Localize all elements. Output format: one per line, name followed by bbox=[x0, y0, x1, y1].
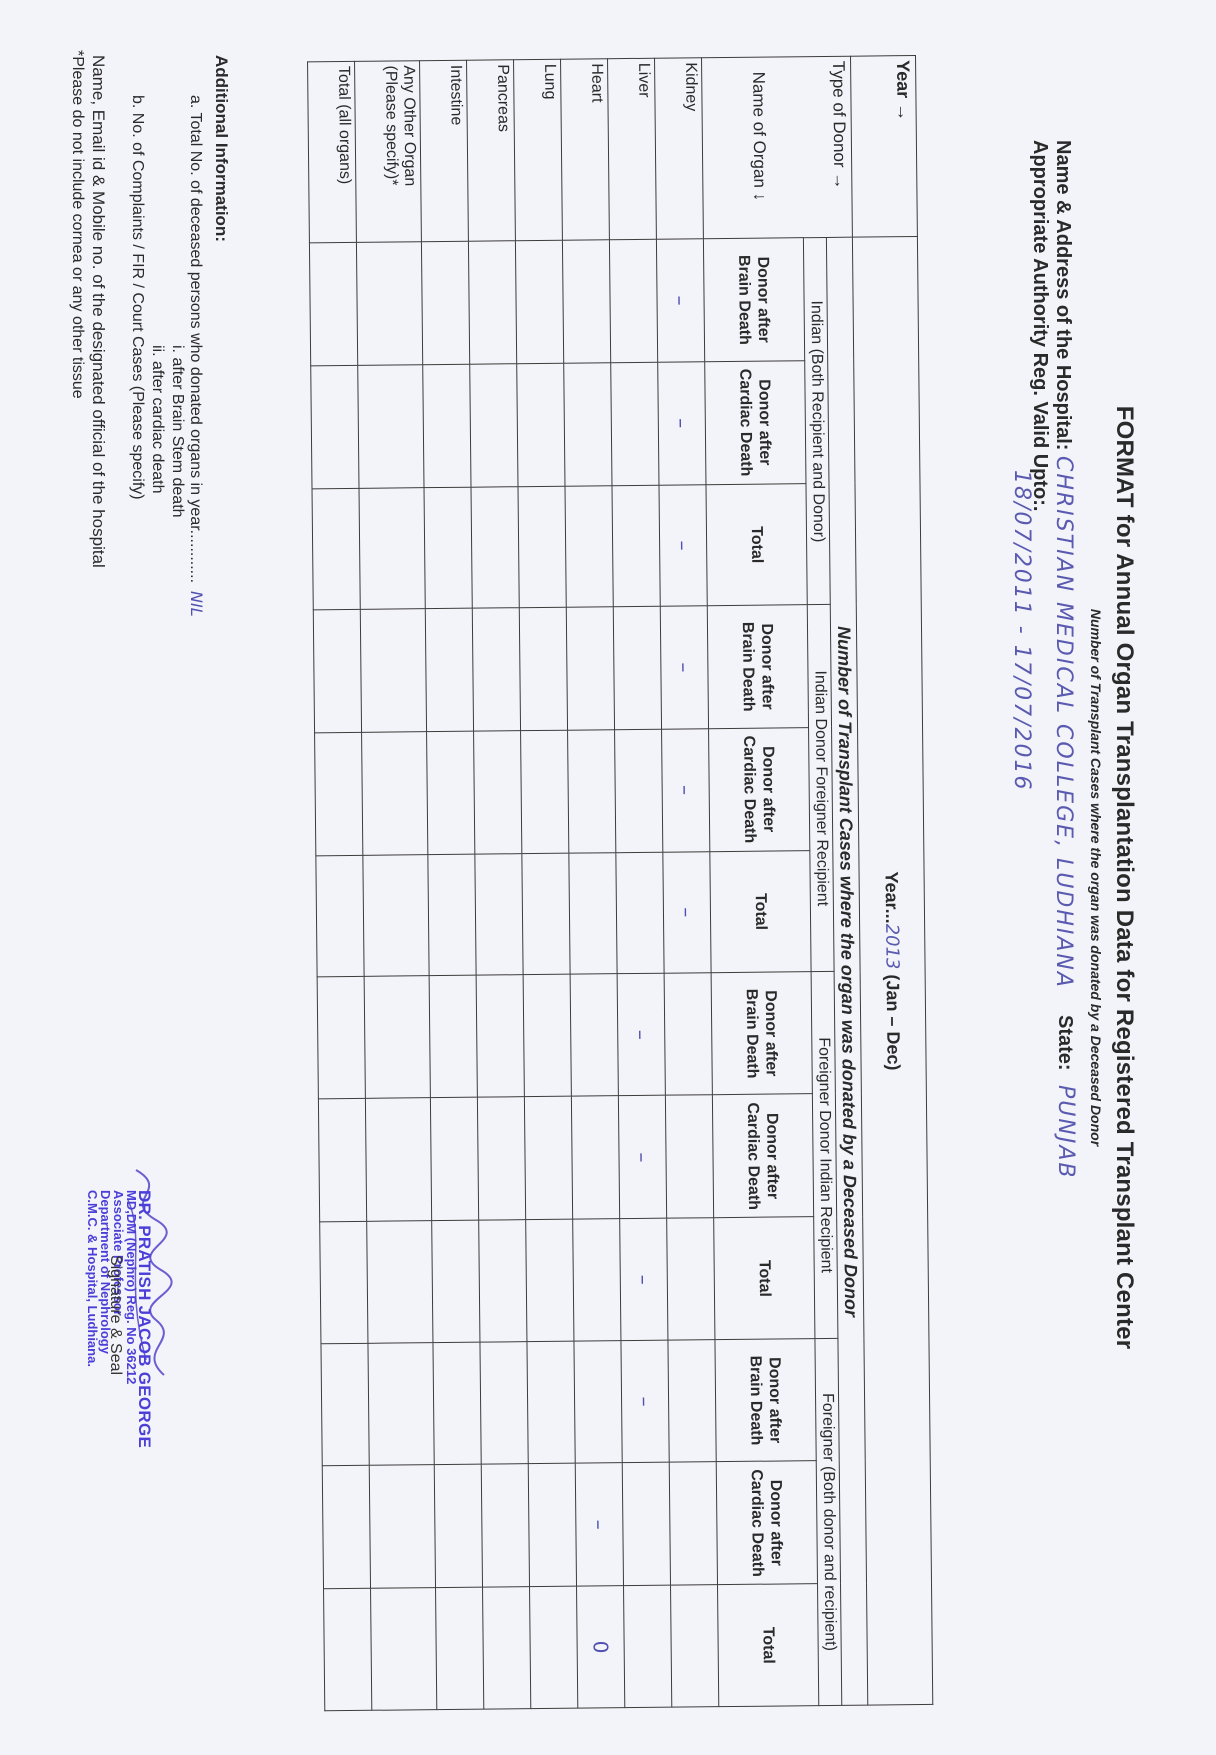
data-cell[interactable]: – bbox=[656, 239, 704, 362]
data-cell[interactable] bbox=[359, 487, 425, 609]
organ-name: Any Other Organ (Please specify)* bbox=[355, 61, 422, 243]
data-cell[interactable] bbox=[320, 1222, 368, 1344]
subcolumn-heading: Total bbox=[706, 483, 807, 606]
data-cell[interactable] bbox=[362, 731, 428, 855]
subcolumn-heading: Donor after Cardiac Death bbox=[705, 360, 806, 484]
data-cell[interactable] bbox=[611, 362, 659, 486]
subcolumn-heading: Donor after Brain Death bbox=[715, 1339, 816, 1462]
group-heading: Indian Donor Foreigner Recipient bbox=[807, 605, 834, 972]
data-cell[interactable] bbox=[368, 1343, 434, 1466]
data-cell[interactable] bbox=[519, 608, 567, 731]
document-page: FORMAT for Annual Organ Transplantation … bbox=[0, 0, 1216, 1755]
data-cell[interactable] bbox=[615, 729, 663, 853]
data-cell[interactable] bbox=[571, 1096, 619, 1220]
data-cell[interactable] bbox=[528, 1463, 576, 1587]
validity-label: Appropriate Authority Reg. Valid Upto:. bbox=[1028, 140, 1051, 511]
data-cell[interactable] bbox=[425, 609, 473, 732]
data-cell[interactable] bbox=[518, 486, 566, 608]
data-cell[interactable] bbox=[322, 1466, 370, 1590]
subcolumn-heading: Donor after Cardiac Death bbox=[709, 727, 810, 851]
data-cell[interactable] bbox=[324, 1589, 372, 1711]
data-cell[interactable] bbox=[436, 1587, 484, 1709]
data-cell[interactable]: – bbox=[659, 484, 707, 606]
organ-name: Total (all organs) bbox=[308, 61, 357, 243]
subcolumn-heading: Donor after Cardiac Death bbox=[716, 1461, 817, 1585]
data-cell[interactable]: – bbox=[662, 728, 710, 852]
data-cell[interactable] bbox=[424, 487, 472, 609]
form-subtitle: Number of Transplant Cases where the org… bbox=[1088, 0, 1104, 1755]
organ-name: Lung bbox=[514, 59, 563, 241]
data-cell[interactable] bbox=[321, 1343, 369, 1466]
handwritten-mark: – bbox=[669, 295, 693, 305]
data-cell[interactable] bbox=[367, 1221, 433, 1343]
organ-name: Pancreas bbox=[467, 60, 516, 242]
data-cell[interactable]: – bbox=[575, 1463, 623, 1587]
data-cell[interactable] bbox=[568, 729, 616, 853]
data-cell[interactable] bbox=[522, 853, 570, 975]
year-value: 2013 bbox=[882, 924, 903, 970]
data-cell[interactable] bbox=[318, 1099, 366, 1223]
data-cell[interactable] bbox=[481, 1464, 529, 1588]
data-cell[interactable] bbox=[574, 1341, 622, 1464]
name-of-organ-label: Name of Organ ↓ bbox=[748, 62, 770, 235]
year-label-cell: Year → bbox=[851, 56, 918, 238]
data-cell[interactable] bbox=[468, 241, 516, 364]
data-cell[interactable] bbox=[471, 486, 519, 608]
data-cell[interactable] bbox=[566, 607, 614, 730]
data-cell[interactable] bbox=[423, 364, 471, 488]
data-cell[interactable]: – bbox=[621, 1340, 669, 1463]
designated-official-line: Name, Email id & Mobile no. of the desig… bbox=[88, 55, 108, 568]
state-value: PUNJAB bbox=[1053, 1085, 1078, 1179]
data-cell[interactable] bbox=[317, 977, 365, 1100]
data-cell[interactable] bbox=[667, 1218, 715, 1340]
data-cell[interactable] bbox=[480, 1342, 528, 1465]
data-cell[interactable]: – bbox=[618, 1096, 666, 1220]
additional-info-heading: Additional Information: bbox=[211, 55, 231, 242]
additional-a-i: i. after Brain Stem death bbox=[168, 345, 186, 518]
data-cell[interactable]: 0 bbox=[577, 1586, 625, 1708]
additional-a-value: NIL bbox=[187, 591, 206, 617]
group-heading: Indian (Both Recipient and Donor) bbox=[803, 238, 830, 605]
data-cell[interactable] bbox=[521, 730, 569, 854]
hospital-value: CHRISTIAN MEDICAL COLLEGE, LUDHIANA bbox=[1051, 456, 1076, 989]
subcolumn-heading: Donor after Brain Death bbox=[707, 605, 808, 728]
handwritten-mark: – bbox=[671, 540, 695, 550]
hospital-line: Name & Address of the Hospital: CHRISTIA… bbox=[1051, 140, 1076, 989]
data-cell[interactable]: – bbox=[663, 851, 711, 973]
data-cell[interactable] bbox=[524, 1097, 572, 1221]
data-cell[interactable] bbox=[527, 1341, 575, 1464]
data-cell[interactable] bbox=[515, 241, 563, 364]
handwritten-mark: 0 bbox=[589, 1641, 613, 1654]
handwritten-mark: – bbox=[675, 907, 699, 917]
data-cell[interactable] bbox=[470, 363, 518, 487]
data-cell[interactable] bbox=[429, 975, 477, 1098]
data-cell[interactable] bbox=[570, 974, 618, 1097]
data-cell[interactable] bbox=[612, 485, 660, 607]
data-cell[interactable] bbox=[569, 852, 617, 974]
data-cell[interactable] bbox=[472, 608, 520, 731]
form-title: FORMAT for Annual Organ Transplantation … bbox=[1110, 0, 1138, 1755]
subcolumn-heading: Total bbox=[710, 850, 811, 973]
data-cell[interactable] bbox=[315, 732, 363, 856]
type-of-donor-label: Type of Donor → bbox=[828, 61, 850, 234]
data-cell[interactable] bbox=[479, 1220, 527, 1342]
data-cell[interactable] bbox=[530, 1586, 578, 1708]
data-cell[interactable] bbox=[369, 1465, 435, 1589]
group-heading: Foreigner (Both donor and recipient) bbox=[815, 1338, 842, 1705]
additional-a-ii: ii. after cardiac death bbox=[148, 345, 166, 494]
organ-name: Liver bbox=[608, 58, 657, 240]
data-cell[interactable] bbox=[421, 242, 469, 365]
data-cell[interactable] bbox=[573, 1219, 621, 1341]
data-cell[interactable] bbox=[622, 1462, 670, 1586]
data-cell[interactable] bbox=[356, 242, 422, 365]
data-cell[interactable] bbox=[371, 1588, 437, 1710]
data-cell[interactable] bbox=[316, 855, 364, 977]
signature-seal-label: Signature & Seal bbox=[106, 1255, 124, 1375]
data-cell[interactable]: – bbox=[660, 606, 708, 729]
data-cell[interactable] bbox=[432, 1221, 480, 1343]
data-cell[interactable] bbox=[526, 1220, 574, 1342]
handwritten-mark: – bbox=[587, 1520, 611, 1530]
data-cell[interactable] bbox=[363, 854, 429, 976]
handwritten-mark: – bbox=[630, 1152, 654, 1162]
footnote: *Please do not include cornea or any oth… bbox=[68, 50, 86, 399]
data-cell[interactable] bbox=[312, 488, 360, 610]
handwritten-mark: – bbox=[629, 1030, 653, 1040]
group-heading: Foreigner Donor Indian Recipient bbox=[811, 972, 838, 1339]
handwritten-mark: – bbox=[670, 418, 694, 428]
data-cell[interactable] bbox=[564, 362, 612, 486]
data-cell[interactable] bbox=[360, 609, 426, 732]
handwritten-mark: – bbox=[632, 1275, 656, 1285]
data-cell[interactable] bbox=[311, 365, 359, 489]
additional-b: b. No. of Complaints / FIR / Court Cases… bbox=[128, 95, 146, 500]
hospital-label: Name & Address of the Hospital: bbox=[1052, 140, 1074, 450]
validity-value: 18/07/2011 - 17/07/2016 bbox=[1009, 470, 1034, 792]
data-cell[interactable] bbox=[475, 853, 523, 975]
data-cell[interactable] bbox=[616, 852, 664, 974]
row-col-header: Type of Donor → Name of Organ ↓ bbox=[702, 56, 853, 239]
data-cell[interactable] bbox=[474, 730, 522, 854]
data-cell[interactable] bbox=[565, 485, 613, 607]
data-cell[interactable] bbox=[434, 1464, 482, 1588]
data-cell[interactable] bbox=[517, 363, 565, 487]
data-cell[interactable] bbox=[430, 1098, 478, 1222]
data-cell[interactable] bbox=[364, 976, 430, 1099]
subcolumn-heading: Total bbox=[714, 1217, 815, 1340]
subcolumn-heading: Donor after Cardiac Death bbox=[712, 1094, 813, 1218]
organ-name: Kidney bbox=[655, 58, 704, 240]
data-cell[interactable] bbox=[664, 973, 712, 1096]
handwritten-mark: – bbox=[674, 785, 698, 795]
data-cell[interactable]: – bbox=[620, 1219, 668, 1341]
data-cell[interactable] bbox=[433, 1342, 481, 1465]
data-cell[interactable] bbox=[309, 243, 357, 366]
state-label: State: bbox=[1053, 1015, 1076, 1071]
data-cell[interactable] bbox=[483, 1587, 531, 1709]
data-cell[interactable] bbox=[477, 1097, 525, 1221]
data-cell[interactable]: – bbox=[658, 361, 706, 485]
transplant-data-table: Year → Year...2013 (Jan – Dec) Type of D… bbox=[307, 55, 933, 1711]
handwritten-mark: – bbox=[672, 662, 696, 672]
handwritten-mark: – bbox=[633, 1396, 657, 1406]
data-cell[interactable] bbox=[365, 1098, 431, 1222]
subcolumn-heading: Total bbox=[718, 1584, 819, 1707]
data-cell[interactable] bbox=[523, 974, 571, 1097]
data-cell[interactable] bbox=[562, 240, 610, 363]
data-cell[interactable] bbox=[668, 1340, 716, 1463]
data-cell[interactable] bbox=[609, 240, 657, 363]
data-cell[interactable]: – bbox=[617, 973, 665, 1096]
data-cell[interactable] bbox=[427, 731, 475, 855]
organ-name: Heart bbox=[561, 59, 610, 241]
data-cell[interactable] bbox=[671, 1585, 719, 1707]
data-cell[interactable] bbox=[358, 364, 424, 488]
data-cell[interactable] bbox=[669, 1462, 717, 1586]
data-cell[interactable] bbox=[476, 975, 524, 1098]
data-cell[interactable] bbox=[613, 607, 661, 730]
data-cell[interactable] bbox=[313, 610, 361, 733]
subcolumn-heading: Donor after Brain Death bbox=[711, 972, 812, 1095]
subcolumn-heading: Donor after Brain Death bbox=[703, 238, 804, 361]
subcolumn-heading-row: Donor after Brain DeathDonor after Cardi… bbox=[702, 57, 819, 1707]
organ-name: Intestine bbox=[420, 60, 469, 242]
data-cell[interactable] bbox=[665, 1095, 713, 1219]
data-cell[interactable] bbox=[624, 1585, 672, 1707]
data-cell[interactable] bbox=[428, 854, 476, 976]
additional-a: a. Total No. of deceased persons who don… bbox=[186, 95, 206, 617]
